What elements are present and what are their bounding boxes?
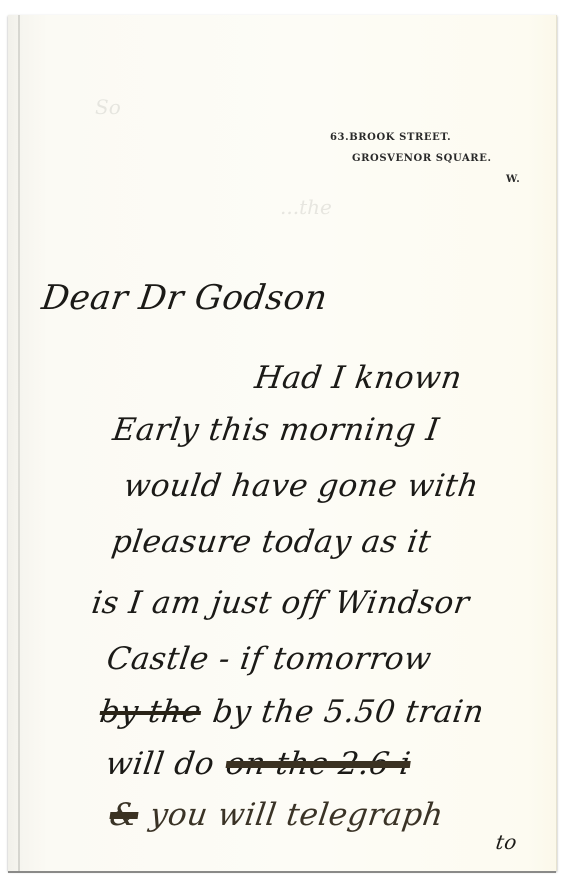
letter-line-text: will do <box>103 746 216 782</box>
catchword: to <box>494 830 518 854</box>
letter-line: Castle - if tomorrow <box>104 641 433 677</box>
letterhead-address-line-1: 63.BROOK STREET. <box>330 132 451 143</box>
letter-line: Early this morning I <box>110 412 441 448</box>
letter-line: would have gone with <box>121 468 481 504</box>
letter-line: &you will telegraph <box>107 797 445 833</box>
letter-line-text: by the 5.50 train <box>210 694 486 730</box>
letterhead-address-line-2: GROSVENOR SQUARE. <box>352 153 492 164</box>
letter-line: by theby the 5.50 train <box>97 694 486 730</box>
letterhead-address-line-3: W. <box>506 174 520 185</box>
letter-line: will doon the 2.6 i <box>103 746 412 782</box>
letter-line-text: you will telegraph <box>148 797 446 833</box>
page-edge <box>8 871 556 873</box>
letter-line: is I am just off Windsor <box>89 585 471 621</box>
fold-line <box>18 15 20 871</box>
salutation: Dear Dr Godson <box>39 278 330 318</box>
bleed-through-mark: ...the <box>280 195 332 219</box>
letter-line: Had I known <box>252 360 464 396</box>
struck-text: by the <box>97 694 203 730</box>
letter-line: pleasure today as it <box>109 524 433 560</box>
bleed-through-mark: So <box>95 95 121 119</box>
struck-text: on the 2.6 i <box>224 746 413 782</box>
struck-text: & <box>107 797 140 833</box>
